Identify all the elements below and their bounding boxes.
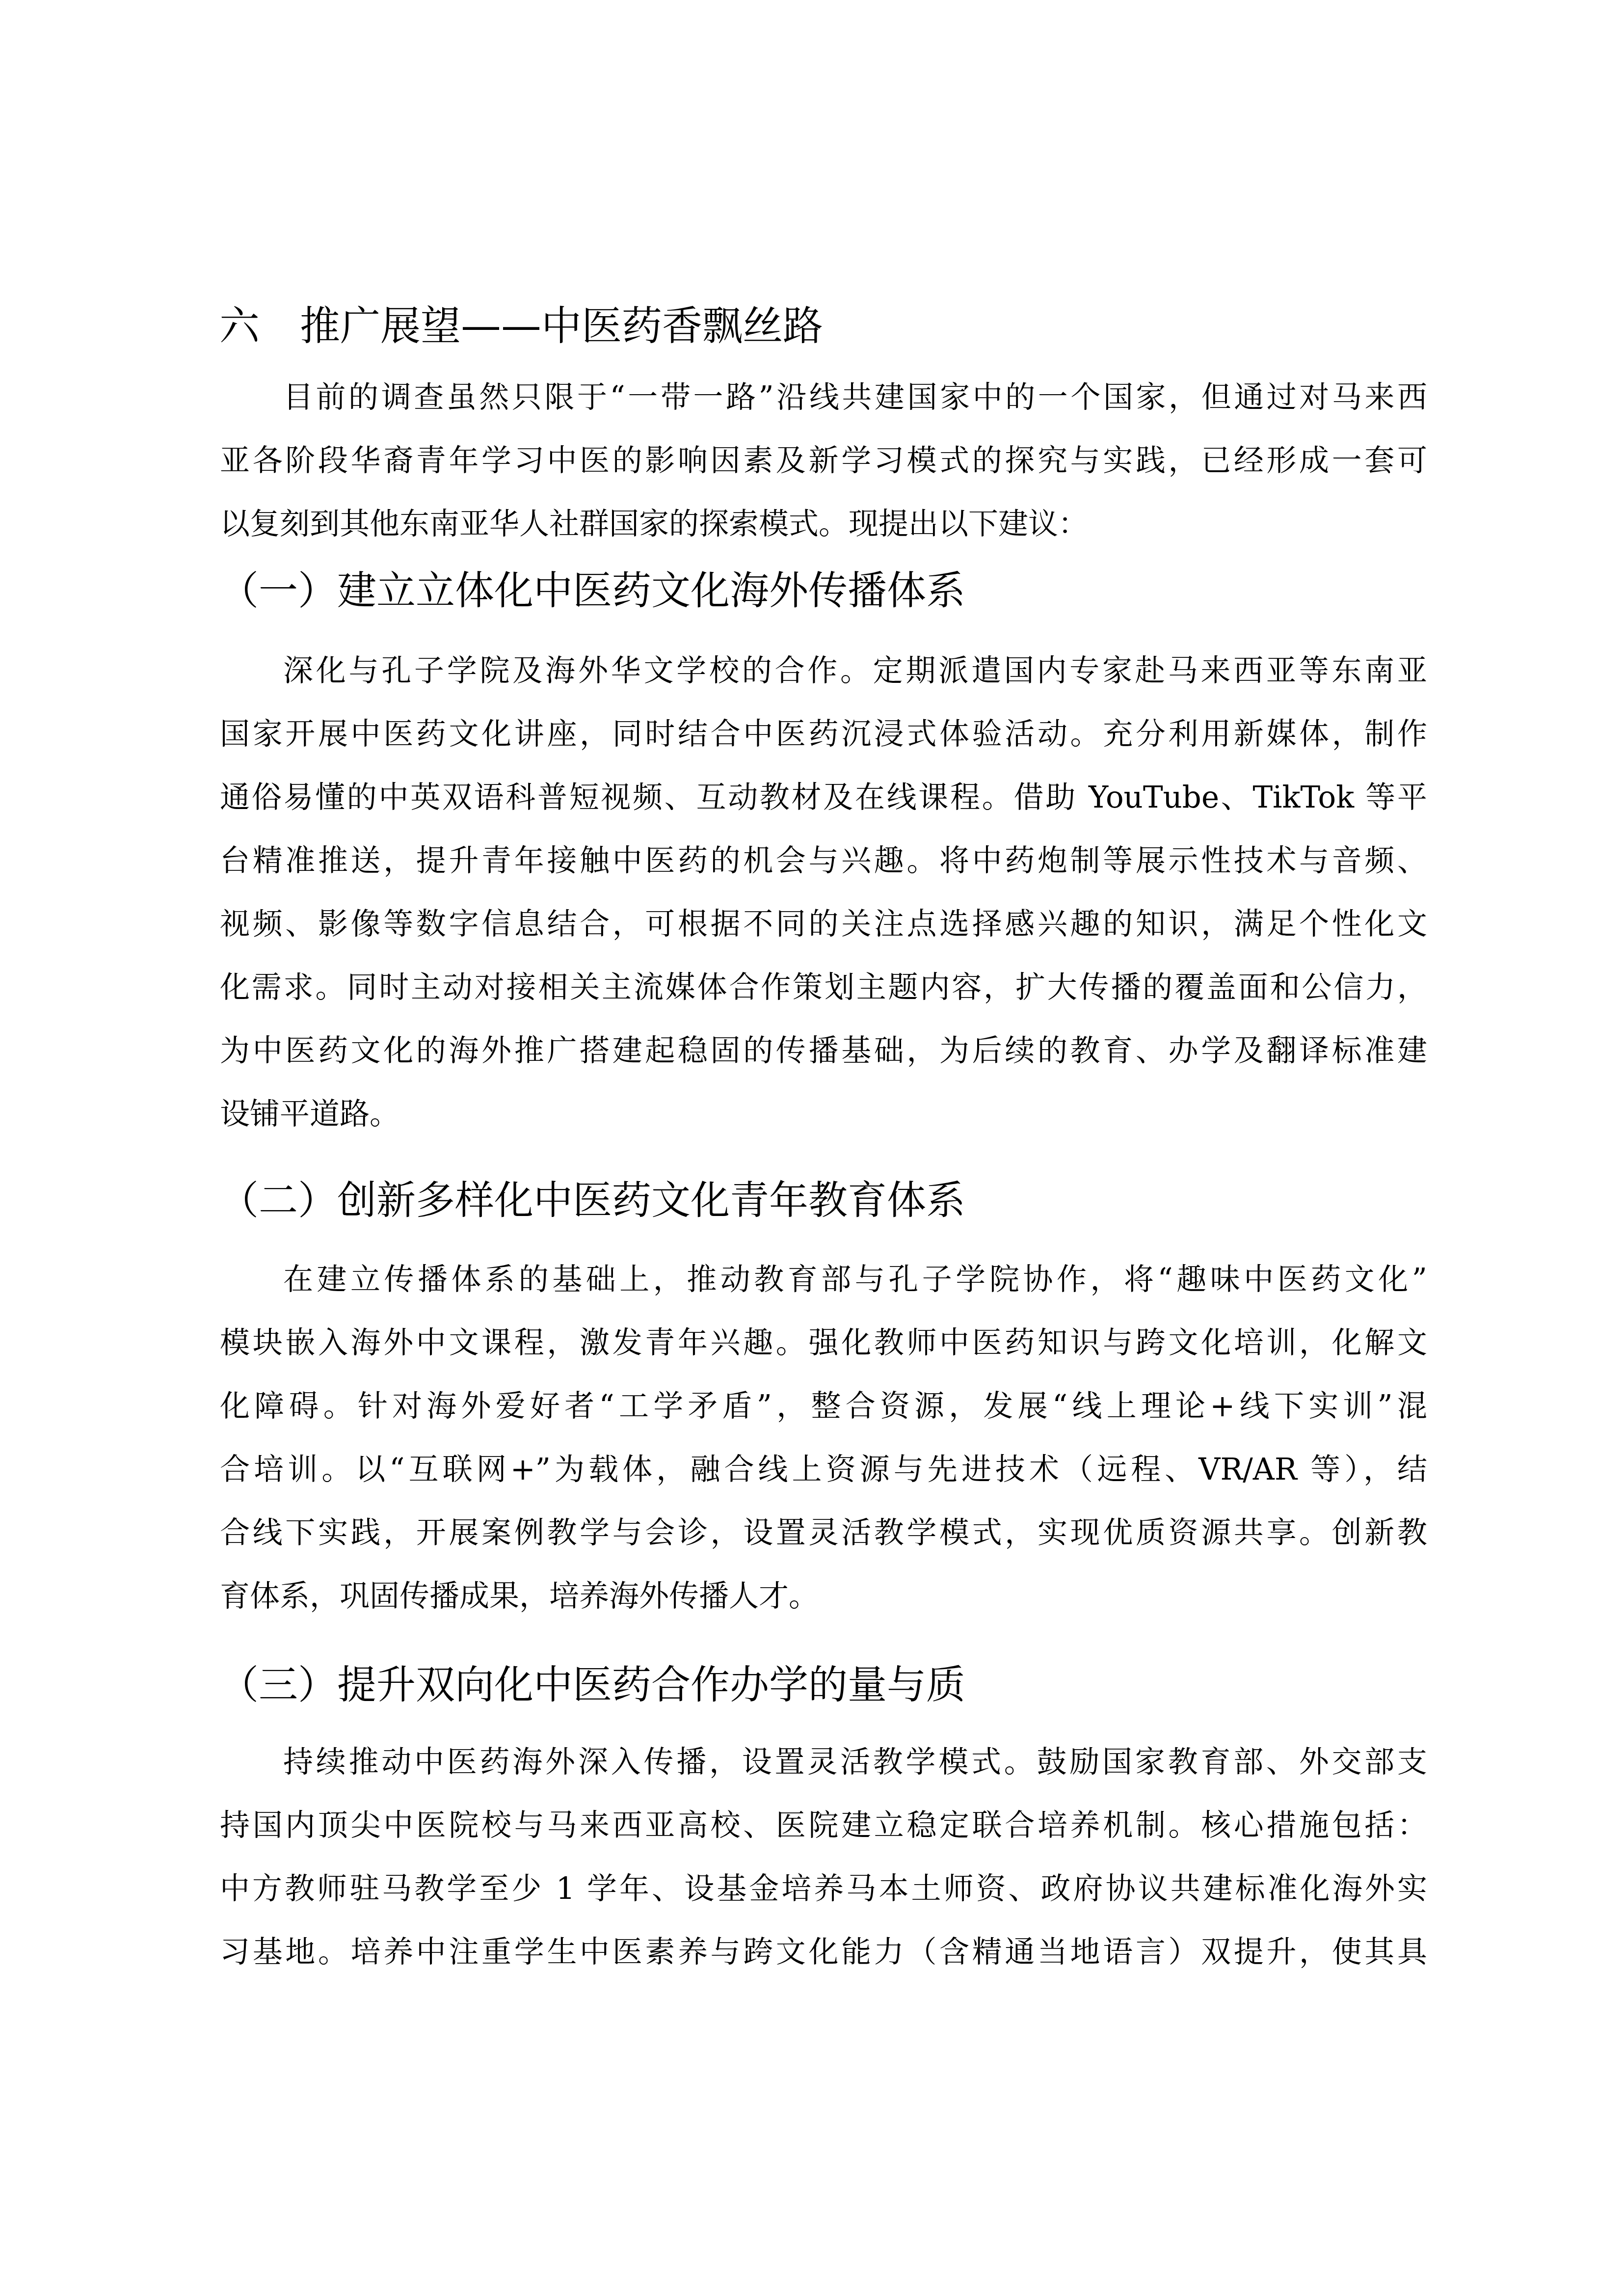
paragraph-line: 化需求。同时主动对接相关主流媒体合作策划主题内容，扩大传播的覆盖面和公信力， xyxy=(220,968,1427,1031)
paragraph-line: 视频、影像等数字信息结合，可根据不同的关注点选择感兴趣的知识，满足个性化文 xyxy=(220,905,1427,968)
paragraph-line: 习基地。培养中注重学生中医素养与跨文化能力（含精通当地语言）双提升，使其具 xyxy=(220,1933,1427,1996)
paragraph-line: 设铺平道路。 xyxy=(220,1095,1427,1158)
paragraph-line: 目前的调查虽然只限于“一带一路”沿线共建国家中的一个国家，但通过对马来西 xyxy=(220,378,1427,441)
paragraph-line: 亚各阶段华裔青年学习中医的影响因素及新学习模式的探究与实践，已经形成一套可 xyxy=(220,441,1427,505)
paragraph-line: 通俗易懂的中英双语科普短视频、互动教材及在线课程。借助 YouTube、TikT… xyxy=(220,778,1427,841)
subsection-heading-2: （二）创新多样化中医药文化青年教育体系 xyxy=(219,1176,965,1225)
subsection-2-paragraph: 在建立传播体系的基础上，推动教育部与孔子学院协作，将“趣味中医药文化” 模块嵌入… xyxy=(220,1260,1427,1640)
subsection-heading-3: （三）提升双向化中医药合作办学的量与质 xyxy=(219,1660,965,1709)
paragraph-line: 持续推动中医药海外深入传播，设置灵活教学模式。鼓励国家教育部、外交部支 xyxy=(220,1743,1427,1806)
paragraph-line: 持国内顶尖中医院校与马来西亚高校、医院建立稳定联合培养机制。核心措施包括： xyxy=(220,1806,1427,1869)
section-title: 六 推广展望——中医药香飘丝路 xyxy=(219,302,823,351)
document-page: 六 推广展望——中医药香飘丝路 目前的调查虽然只限于“一带一路”沿线共建国家中的… xyxy=(0,0,1623,2296)
paragraph-line: 化障碍。针对海外爱好者“工学矛盾”，整合资源，发展“线上理论+线下实训”混 xyxy=(220,1387,1427,1450)
paragraph-line: 合培训。以“互联网+”为载体，融合线上资源与先进技术（远程、VR/AR 等），结 xyxy=(220,1450,1427,1513)
paragraph-line: 合线下实践，开展案例教学与会诊，设置灵活教学模式，实现优质资源共享。创新教 xyxy=(220,1513,1427,1577)
paragraph-line: 模块嵌入海外中文课程，激发青年兴趣。强化教师中医药知识与跨文化培训，化解文 xyxy=(220,1324,1427,1387)
paragraph-line: 中方教师驻马教学至少 1 学年、设基金培养马本土师资、政府协议共建标准化海外实 xyxy=(220,1869,1427,1933)
subsection-heading-1: （一）建立立体化中医药文化海外传播体系 xyxy=(219,566,965,615)
paragraph-line: 育体系，巩固传播成果，培养海外传播人才。 xyxy=(220,1577,1427,1640)
subsection-1-paragraph: 深化与孔子学院及海外华文学校的合作。定期派遣国内专家赴马来西亚等东南亚 国家开展… xyxy=(220,651,1427,1158)
paragraph-line: 台精准推送，提升青年接触中医药的机会与兴趣。将中药炮制等展示性技术与音频、 xyxy=(220,841,1427,905)
paragraph-line: 国家开展中医药文化讲座，同时结合中医药沉浸式体验活动。充分利用新媒体，制作 xyxy=(220,715,1427,778)
intro-paragraph: 目前的调查虽然只限于“一带一路”沿线共建国家中的一个国家，但通过对马来西 亚各阶… xyxy=(220,378,1427,568)
paragraph-line: 以复刻到其他东南亚华人社群国家的探索模式。现提出以下建议： xyxy=(220,505,1427,568)
subsection-3-paragraph: 持续推动中医药海外深入传播，设置灵活教学模式。鼓励国家教育部、外交部支 持国内顶… xyxy=(220,1743,1427,1996)
paragraph-line: 为中医药文化的海外推广搭建起稳固的传播基础，为后续的教育、办学及翻译标准建 xyxy=(220,1031,1427,1095)
paragraph-line: 在建立传播体系的基础上，推动教育部与孔子学院协作，将“趣味中医药文化” xyxy=(220,1260,1427,1324)
paragraph-line: 深化与孔子学院及海外华文学校的合作。定期派遣国内专家赴马来西亚等东南亚 xyxy=(220,651,1427,715)
